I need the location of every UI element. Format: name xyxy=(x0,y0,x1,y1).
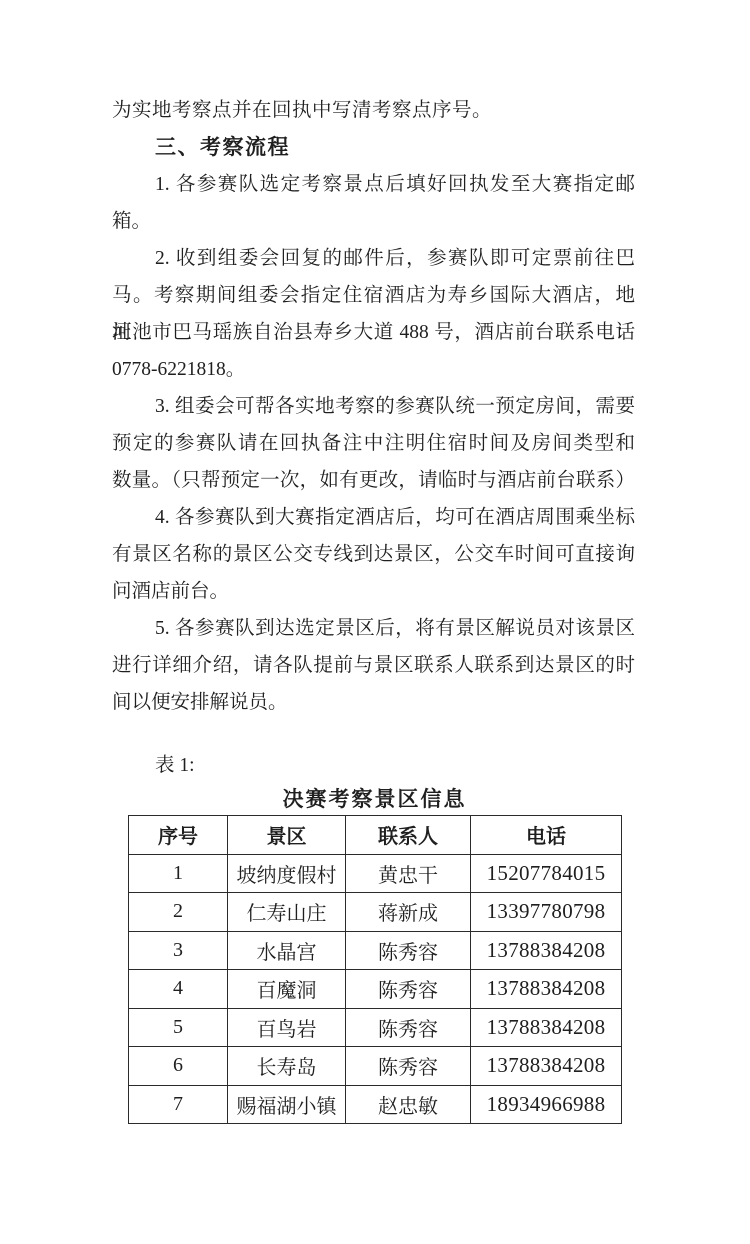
phone-cell: 13788384208 xyxy=(471,970,622,1009)
scenic-area-cell: 百鸟岩 xyxy=(228,1008,346,1047)
section-heading: 三、考察流程 xyxy=(112,129,635,166)
paragraph-2-line: 0778-6221818。 xyxy=(112,351,635,388)
scenic-area-cell: 水晶宫 xyxy=(228,931,346,970)
index-cell: 3 xyxy=(129,931,228,970)
index-cell: 7 xyxy=(129,1085,228,1124)
contact-cell: 陈秀容 xyxy=(346,970,471,1009)
contact-cell: 陈秀容 xyxy=(346,931,471,970)
blank-spacer xyxy=(112,721,635,747)
phone-cell: 13788384208 xyxy=(471,1047,622,1086)
table-body: 1坡纳度假村黄忠干152077840152仁寿山庄蒋新成133977807983… xyxy=(129,854,622,1124)
paragraphs-container: 1. 各参赛队选定考察景点后填好回执发至大赛指定邮箱。2. 收到组委会回复的邮件… xyxy=(112,166,635,721)
index-cell: 1 xyxy=(129,854,228,893)
contact-cell: 陈秀容 xyxy=(346,1008,471,1047)
table-row: 4百魔洞陈秀容13788384208 xyxy=(129,970,622,1009)
scenic-area-cell: 坡纳度假村 xyxy=(228,854,346,893)
table-row: 3水晶宫陈秀容13788384208 xyxy=(129,931,622,970)
paragraph-2-line: 河池市巴马瑶族自治县寿乡大道 488 号，酒店前台联系电话 xyxy=(112,314,635,351)
index-cell: 4 xyxy=(129,970,228,1009)
paragraph-3-line: 预定的参赛队请在回执备注中注明住宿时间及房间类型和 xyxy=(112,425,635,462)
paragraph-3-line: 数量。（只帮预定一次，如有更改，请临时与酒店前台联系） xyxy=(112,462,635,499)
table-row: 6长寿岛陈秀容13788384208 xyxy=(129,1047,622,1086)
table-header-cell: 景区 xyxy=(228,816,346,855)
contact-cell: 黄忠干 xyxy=(346,854,471,893)
phone-cell: 13788384208 xyxy=(471,1008,622,1047)
paragraph-2-line: 2. 收到组委会回复的邮件后，参赛队即可定票前往巴 xyxy=(112,240,635,277)
phone-cell: 18934966988 xyxy=(471,1085,622,1124)
index-cell: 2 xyxy=(129,893,228,932)
table-header-cell: 电话 xyxy=(471,816,622,855)
table-header-cell: 联系人 xyxy=(346,816,471,855)
paragraph-1-line: 1. 各参赛队选定考察景点后填好回执发至大赛指定邮 xyxy=(112,166,635,203)
table-row: 7赐福湖小镇赵忠敏18934966988 xyxy=(129,1085,622,1124)
scenic-area-table: 序号景区联系人电话 1坡纳度假村黄忠干152077840152仁寿山庄蒋新成13… xyxy=(128,815,622,1124)
paragraph-3-line: 3. 组委会可帮各实地考察的参赛队统一预定房间，需要 xyxy=(112,388,635,425)
scenic-area-cell: 仁寿山庄 xyxy=(228,893,346,932)
document-page: { "page": { "background": "#ffffff", "te… xyxy=(0,0,750,1244)
paragraph-5-line: 间以便安排解说员。 xyxy=(112,684,635,721)
paragraph-1-line: 箱。 xyxy=(112,203,635,240)
phone-cell: 15207784015 xyxy=(471,854,622,893)
phone-cell: 13788384208 xyxy=(471,931,622,970)
index-cell: 6 xyxy=(129,1047,228,1086)
table-header-row: 序号景区联系人电话 xyxy=(129,816,622,855)
intro-line: 为实地考察点并在回执中写清考察点序号。 xyxy=(112,92,635,129)
index-cell: 5 xyxy=(129,1008,228,1047)
table-head: 序号景区联系人电话 xyxy=(129,816,622,855)
scenic-area-cell: 长寿岛 xyxy=(228,1047,346,1086)
table-block: 决赛考察景区信息 序号景区联系人电话 1坡纳度假村黄忠干152077840152… xyxy=(128,784,621,1124)
paragraph-5-line: 5. 各参赛队到达选定景区后，将有景区解说员对该景区 xyxy=(112,610,635,647)
table-row: 1坡纳度假村黄忠干15207784015 xyxy=(129,854,622,893)
table-row: 5百鸟岩陈秀容13788384208 xyxy=(129,1008,622,1047)
scenic-area-cell: 赐福湖小镇 xyxy=(228,1085,346,1124)
table-label: 表 1: xyxy=(112,747,635,784)
table-title: 决赛考察景区信息 xyxy=(128,784,621,815)
paragraph-5-line: 进行详细介绍，请各队提前与景区联系人联系到达景区的时 xyxy=(112,647,635,684)
paragraph-4-line: 问酒店前台。 xyxy=(112,573,635,610)
table-header-cell: 序号 xyxy=(129,816,228,855)
document-body: 为实地考察点并在回执中写清考察点序号。 三、考察流程 1. 各参赛队选定考察景点… xyxy=(112,92,635,1124)
paragraph-2-line: 马。考察期间组委会指定住宿酒店为寿乡国际大酒店，地址： xyxy=(112,277,635,314)
contact-cell: 赵忠敏 xyxy=(346,1085,471,1124)
table-row: 2仁寿山庄蒋新成13397780798 xyxy=(129,893,622,932)
paragraph-4-line: 4. 各参赛队到大赛指定酒店后，均可在酒店周围乘坐标 xyxy=(112,499,635,536)
scenic-area-cell: 百魔洞 xyxy=(228,970,346,1009)
phone-cell: 13397780798 xyxy=(471,893,622,932)
contact-cell: 蒋新成 xyxy=(346,893,471,932)
contact-cell: 陈秀容 xyxy=(346,1047,471,1086)
paragraph-4-line: 有景区名称的景区公交专线到达景区，公交车时间可直接询 xyxy=(112,536,635,573)
